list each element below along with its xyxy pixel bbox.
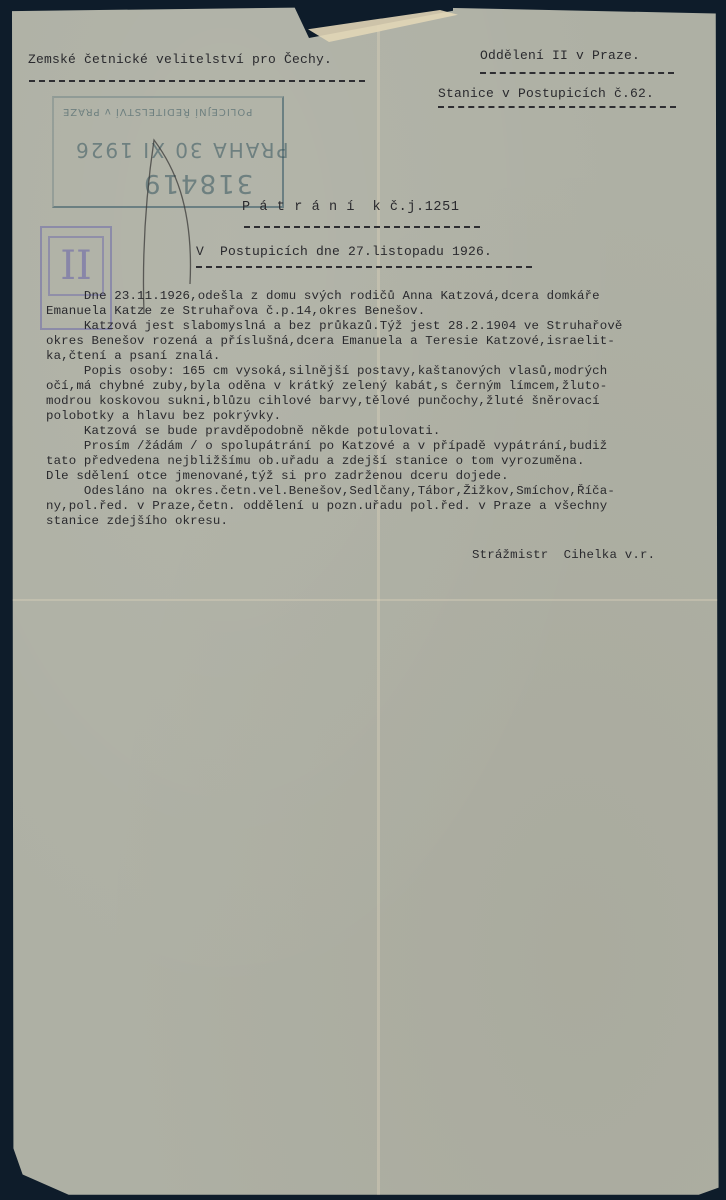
place-and-date: V Postupicích dne 27.listopadu 1926. xyxy=(196,244,492,259)
body-line: Prosím /žádám / o spolupátrání po Katzov… xyxy=(46,439,607,453)
document-page: Zemské četnické velitelství pro Čechy. O… xyxy=(12,4,720,1196)
body-line: polobotky a hlavu bez pokrývky. xyxy=(46,409,281,423)
body-line: Odesláno na okres.četn.vel.Benešov,Sedlč… xyxy=(46,484,615,498)
body-line: tato předvedena nejbližšímu ob.uřadu a z… xyxy=(46,454,585,468)
header-station: Stanice v Postupicích č.62. xyxy=(438,86,654,101)
department-stamp-numeral: II xyxy=(48,236,104,296)
header-left-underline xyxy=(29,80,365,82)
body-line: stanice zdejšího okresu. xyxy=(46,514,228,528)
body-line: Popis osoby: 165 cm vysoká,silnější post… xyxy=(46,364,607,378)
body-line: Katzová jest slabomyslná a bez průkazů.T… xyxy=(46,319,623,333)
place-and-date-underline xyxy=(196,266,532,268)
horizontal-fold-line xyxy=(12,599,720,601)
body-line: okres Benešov rozená a příslušná,dcera E… xyxy=(46,334,615,348)
body-line: ny,pol.řed. v Praze,četn. oddělení u poz… xyxy=(46,499,607,513)
body-line: Dle sdělení otce jmenované,týž si pro za… xyxy=(46,469,509,483)
body-line: očí,má chybné zuby,byla oděna v krátký z… xyxy=(46,379,607,393)
body-line: Katzová se bude pravděpodobně někde potu… xyxy=(46,424,440,438)
header-department-underline xyxy=(480,72,674,74)
signature: Strážmistr Cihelka v.r. xyxy=(472,548,655,562)
body-line: modrou koskovou sukni,blůzu cihlové barv… xyxy=(46,394,600,408)
document-title-underline xyxy=(244,226,480,228)
body-line: Dne 23.11.1926,odešla z domu svých rodič… xyxy=(46,289,600,303)
header-station-underline xyxy=(438,106,676,108)
header-left-title: Zemské četnické velitelství pro Čechy. xyxy=(28,52,332,67)
body-line: Emanuela Katze ze Struhařova č.p.14,okre… xyxy=(46,304,425,318)
body-line: ka,čtení a psaní znalá. xyxy=(46,349,220,363)
received-stamp-authority: POLICEJNÍ ŘEDITELSTVÍ v PRAZE xyxy=(62,106,252,117)
header-department: Oddělení II v Praze. xyxy=(480,48,640,63)
document-title: P á t r á n í k č.j.1251 xyxy=(242,200,460,215)
